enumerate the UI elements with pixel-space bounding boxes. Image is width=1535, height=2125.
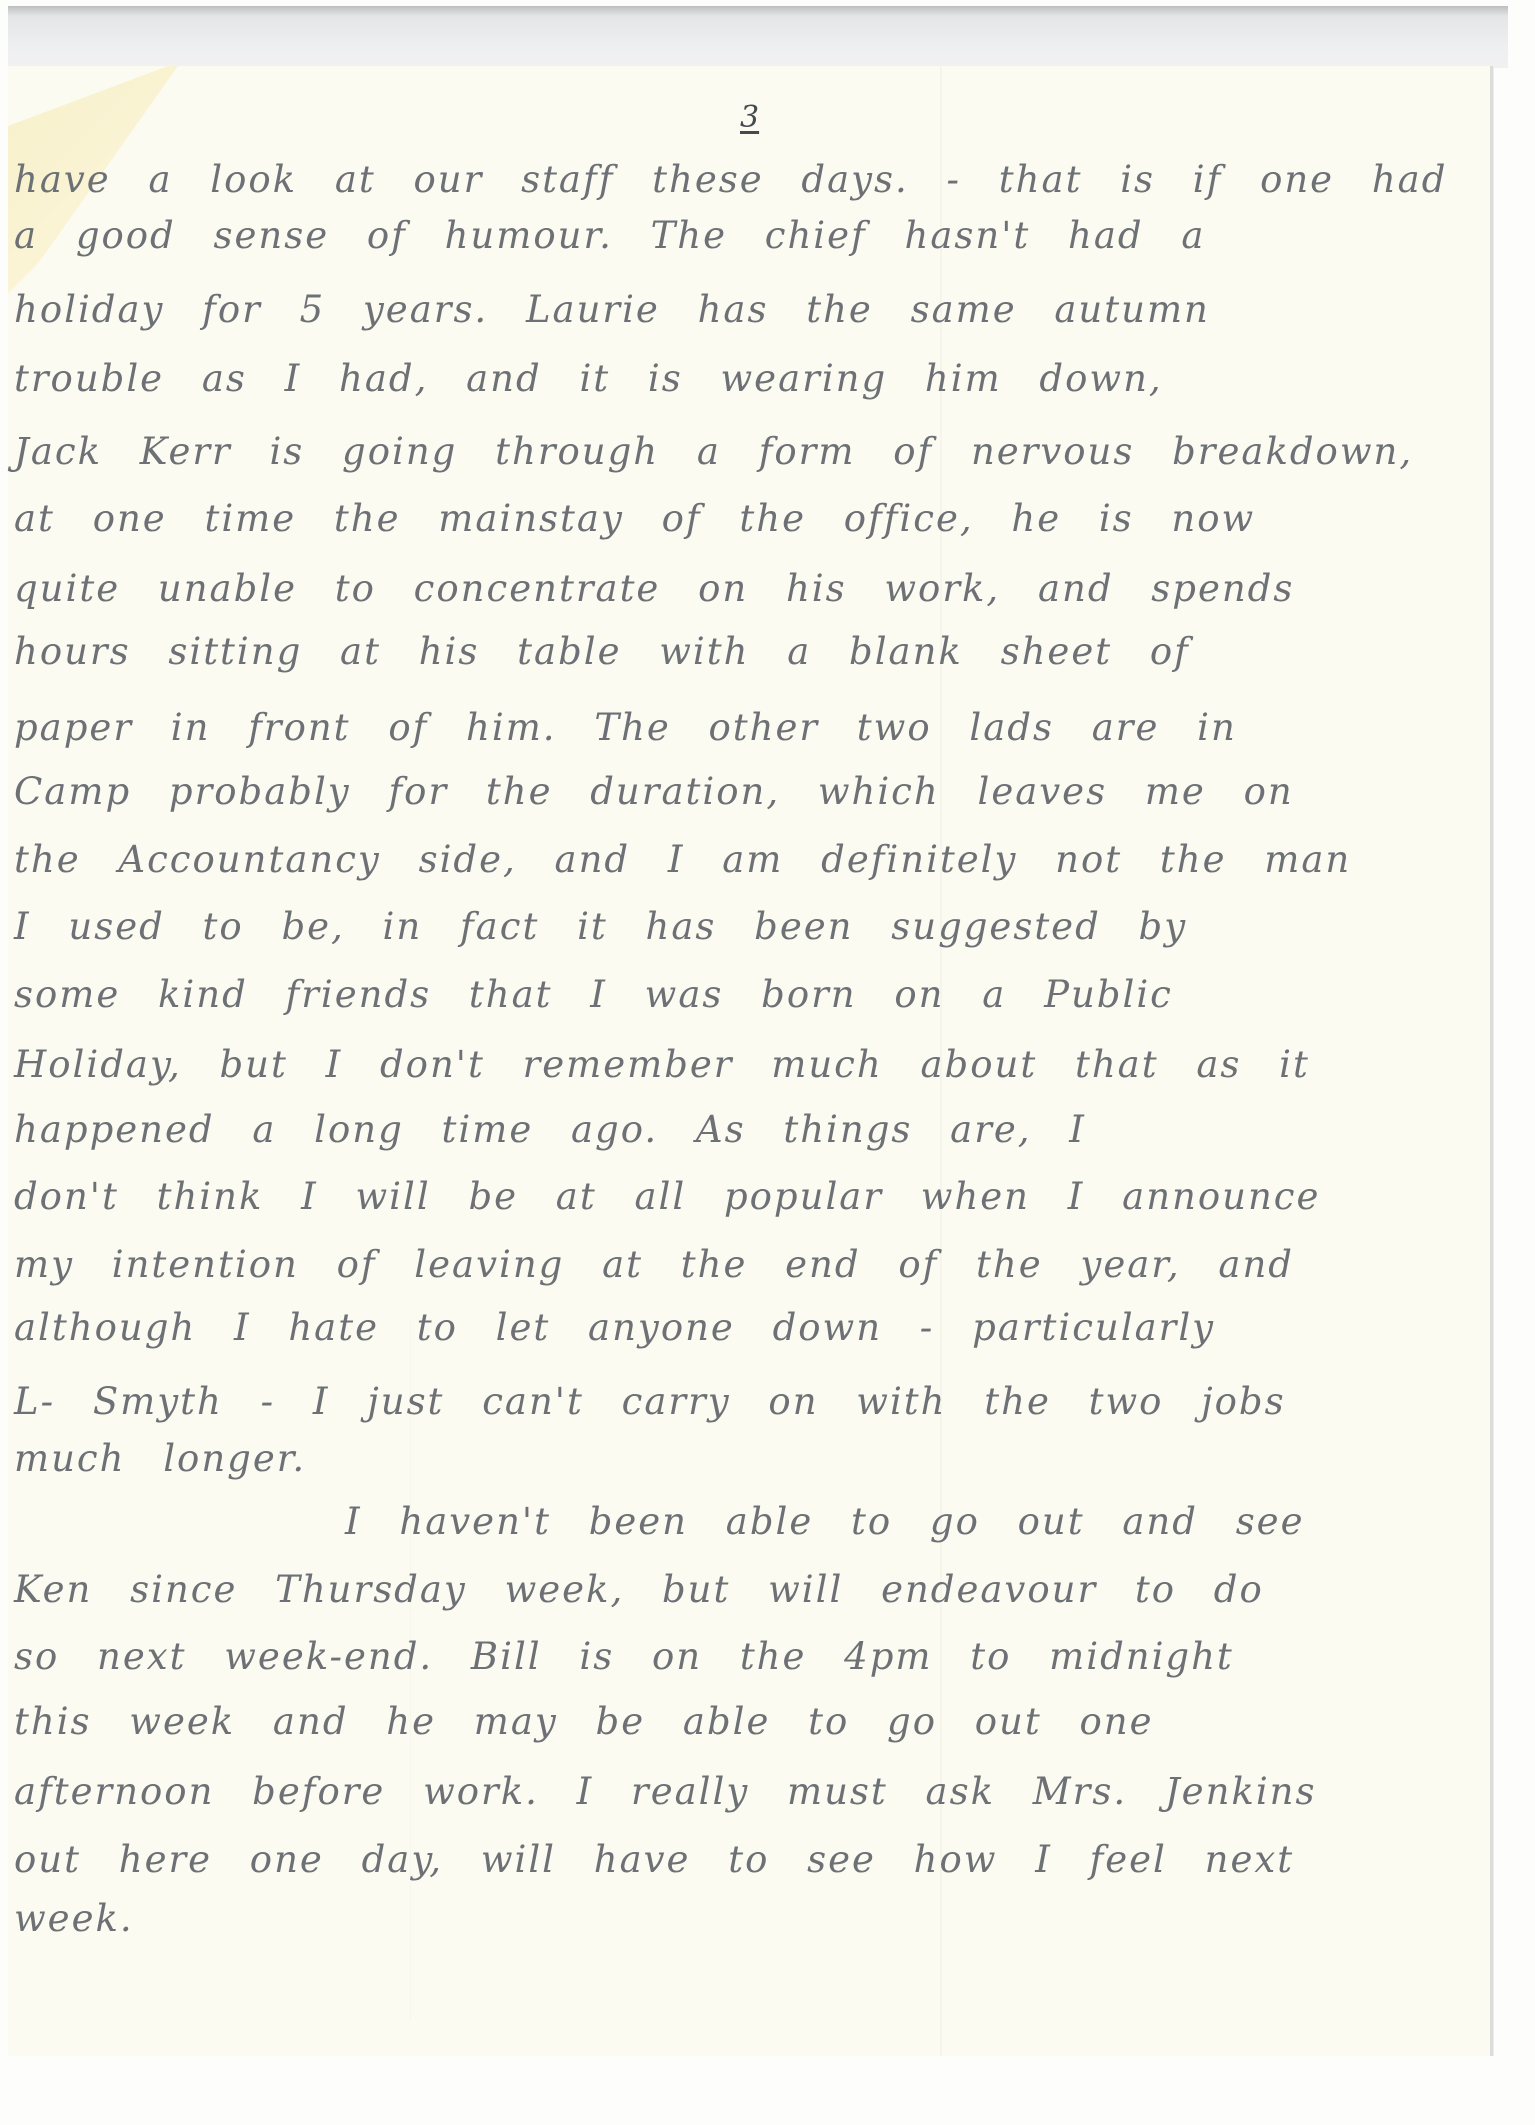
letter-line: hours sitting at his table with a blank … (14, 630, 1190, 673)
letter-line: my intention of leaving at the end of th… (14, 1243, 1294, 1286)
letter-line: this week and he may be able to go out o… (14, 1700, 1154, 1743)
letter-line: some kind friends that I was born on a P… (14, 973, 1173, 1016)
letter-line: quite unable to concentrate on his work,… (14, 567, 1294, 610)
scanned-page: 3 have a look at our staff these days. -… (0, 0, 1535, 2125)
letter-line: out here one day, will have to see how I… (14, 1838, 1294, 1881)
letter-line: I haven't been able to go out and see (345, 1500, 1304, 1543)
scanner-shadow (8, 6, 1508, 68)
letter-line: don't think I will be at all popular whe… (14, 1175, 1320, 1218)
letter-line: have a look at our staff these days. - t… (14, 158, 1447, 201)
letter-line: afternoon before work. I really must ask… (14, 1770, 1316, 1813)
letter-line: trouble as I had, and it is wearing him … (14, 357, 1163, 400)
letter-line: I used to be, in fact it has been sugges… (14, 905, 1187, 948)
letter-line: happened a long time ago. As things are,… (14, 1108, 1086, 1151)
letter-line: holiday for 5 years. Laurie has the same… (14, 288, 1210, 331)
letter-line: a good sense of humour. The chief hasn't… (14, 214, 1205, 257)
paper-edge (1490, 66, 1493, 2056)
letter-line: the Accountancy side, and I am definitel… (14, 838, 1351, 881)
letter-line: Holiday, but I don't remember much about… (14, 1043, 1310, 1086)
letter-line: at one time the mainstay of the office, … (14, 497, 1255, 540)
letter-line: paper in front of him. The other two lad… (14, 706, 1237, 749)
letter-line: L- Smyth - I just can't carry on with th… (14, 1380, 1286, 1423)
letter-line: week. (14, 1897, 134, 1940)
letter-line: much longer. (14, 1437, 306, 1480)
letter-line: although I hate to let anyone down - par… (14, 1306, 1215, 1349)
letter-line: Jack Kerr is going through a form of ner… (14, 430, 1413, 473)
letter-line: so next week-end. Bill is on the 4pm to … (14, 1635, 1234, 1678)
page-number: 3 (740, 100, 759, 135)
letter-line: Ken since Thursday week, but will endeav… (14, 1568, 1264, 1611)
letter-line: Camp probably for the duration, which le… (14, 770, 1294, 813)
